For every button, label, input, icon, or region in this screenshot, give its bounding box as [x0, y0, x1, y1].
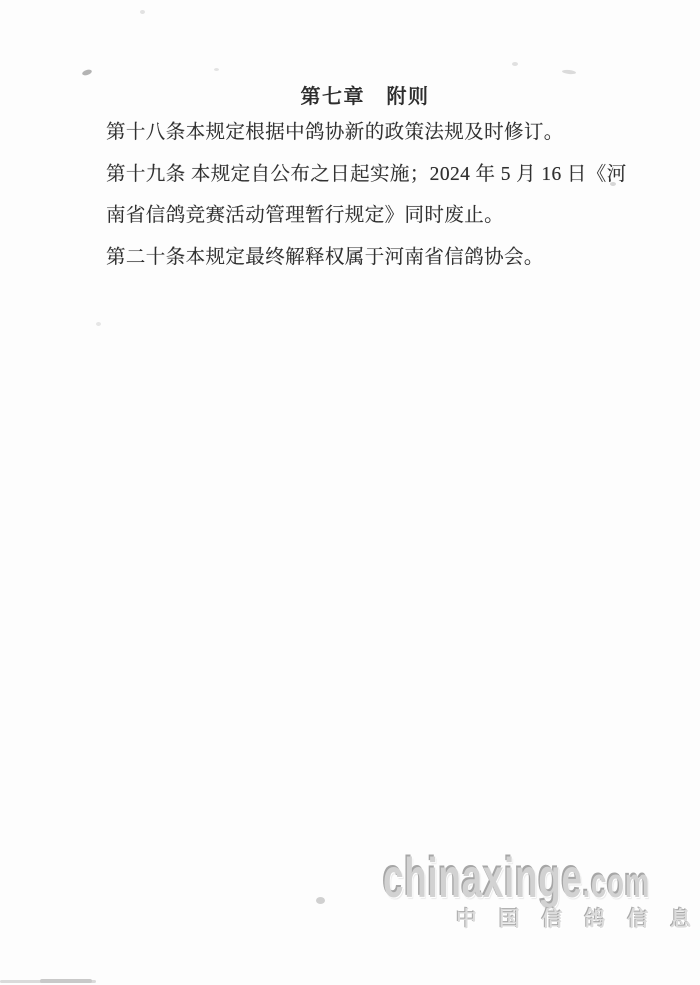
document-line-1: 第十八条本规定根据中鸽协新的政策法规及时修订。 [106, 112, 626, 154]
scan-speck [512, 62, 518, 66]
scan-speck [140, 10, 145, 14]
watermark-site-name: 中 国 信 鸽 信 息 网 [456, 903, 700, 933]
watermark-domain-tld: .com [583, 859, 650, 906]
scan-speck [214, 68, 219, 71]
document-line-3: 南省信鸽竞赛活动管理暂行规定》同时废止。 [106, 195, 626, 237]
scan-speck [610, 182, 616, 186]
document-line-2: 第十九条 本规定自公布之日起实施；2024 年 5 月 16 日《河 [106, 154, 626, 196]
scan-speck [562, 69, 576, 74]
document-line-4: 第二十条本规定最终解释权属于河南省信鸽协会。 [106, 237, 626, 279]
watermark-domain-main: chinaxinge [383, 846, 583, 909]
scan-speck [316, 897, 325, 904]
scan-speck [96, 322, 101, 326]
document-body: 第十八条本规定根据中鸽协新的政策法规及时修订。 第十九条 本规定自公布之日起实施… [106, 112, 626, 278]
chapter-title: 第七章 附则 [0, 80, 700, 109]
scanned-document-page: 第七章 附则 第十八条本规定根据中鸽协新的政策法规及时修订。 第十九条 本规定自… [0, 0, 700, 985]
watermark-domain-text: chinaxinge.com [383, 850, 650, 911]
scan-edge-artifact [40, 979, 92, 983]
scan-speck [81, 69, 92, 77]
